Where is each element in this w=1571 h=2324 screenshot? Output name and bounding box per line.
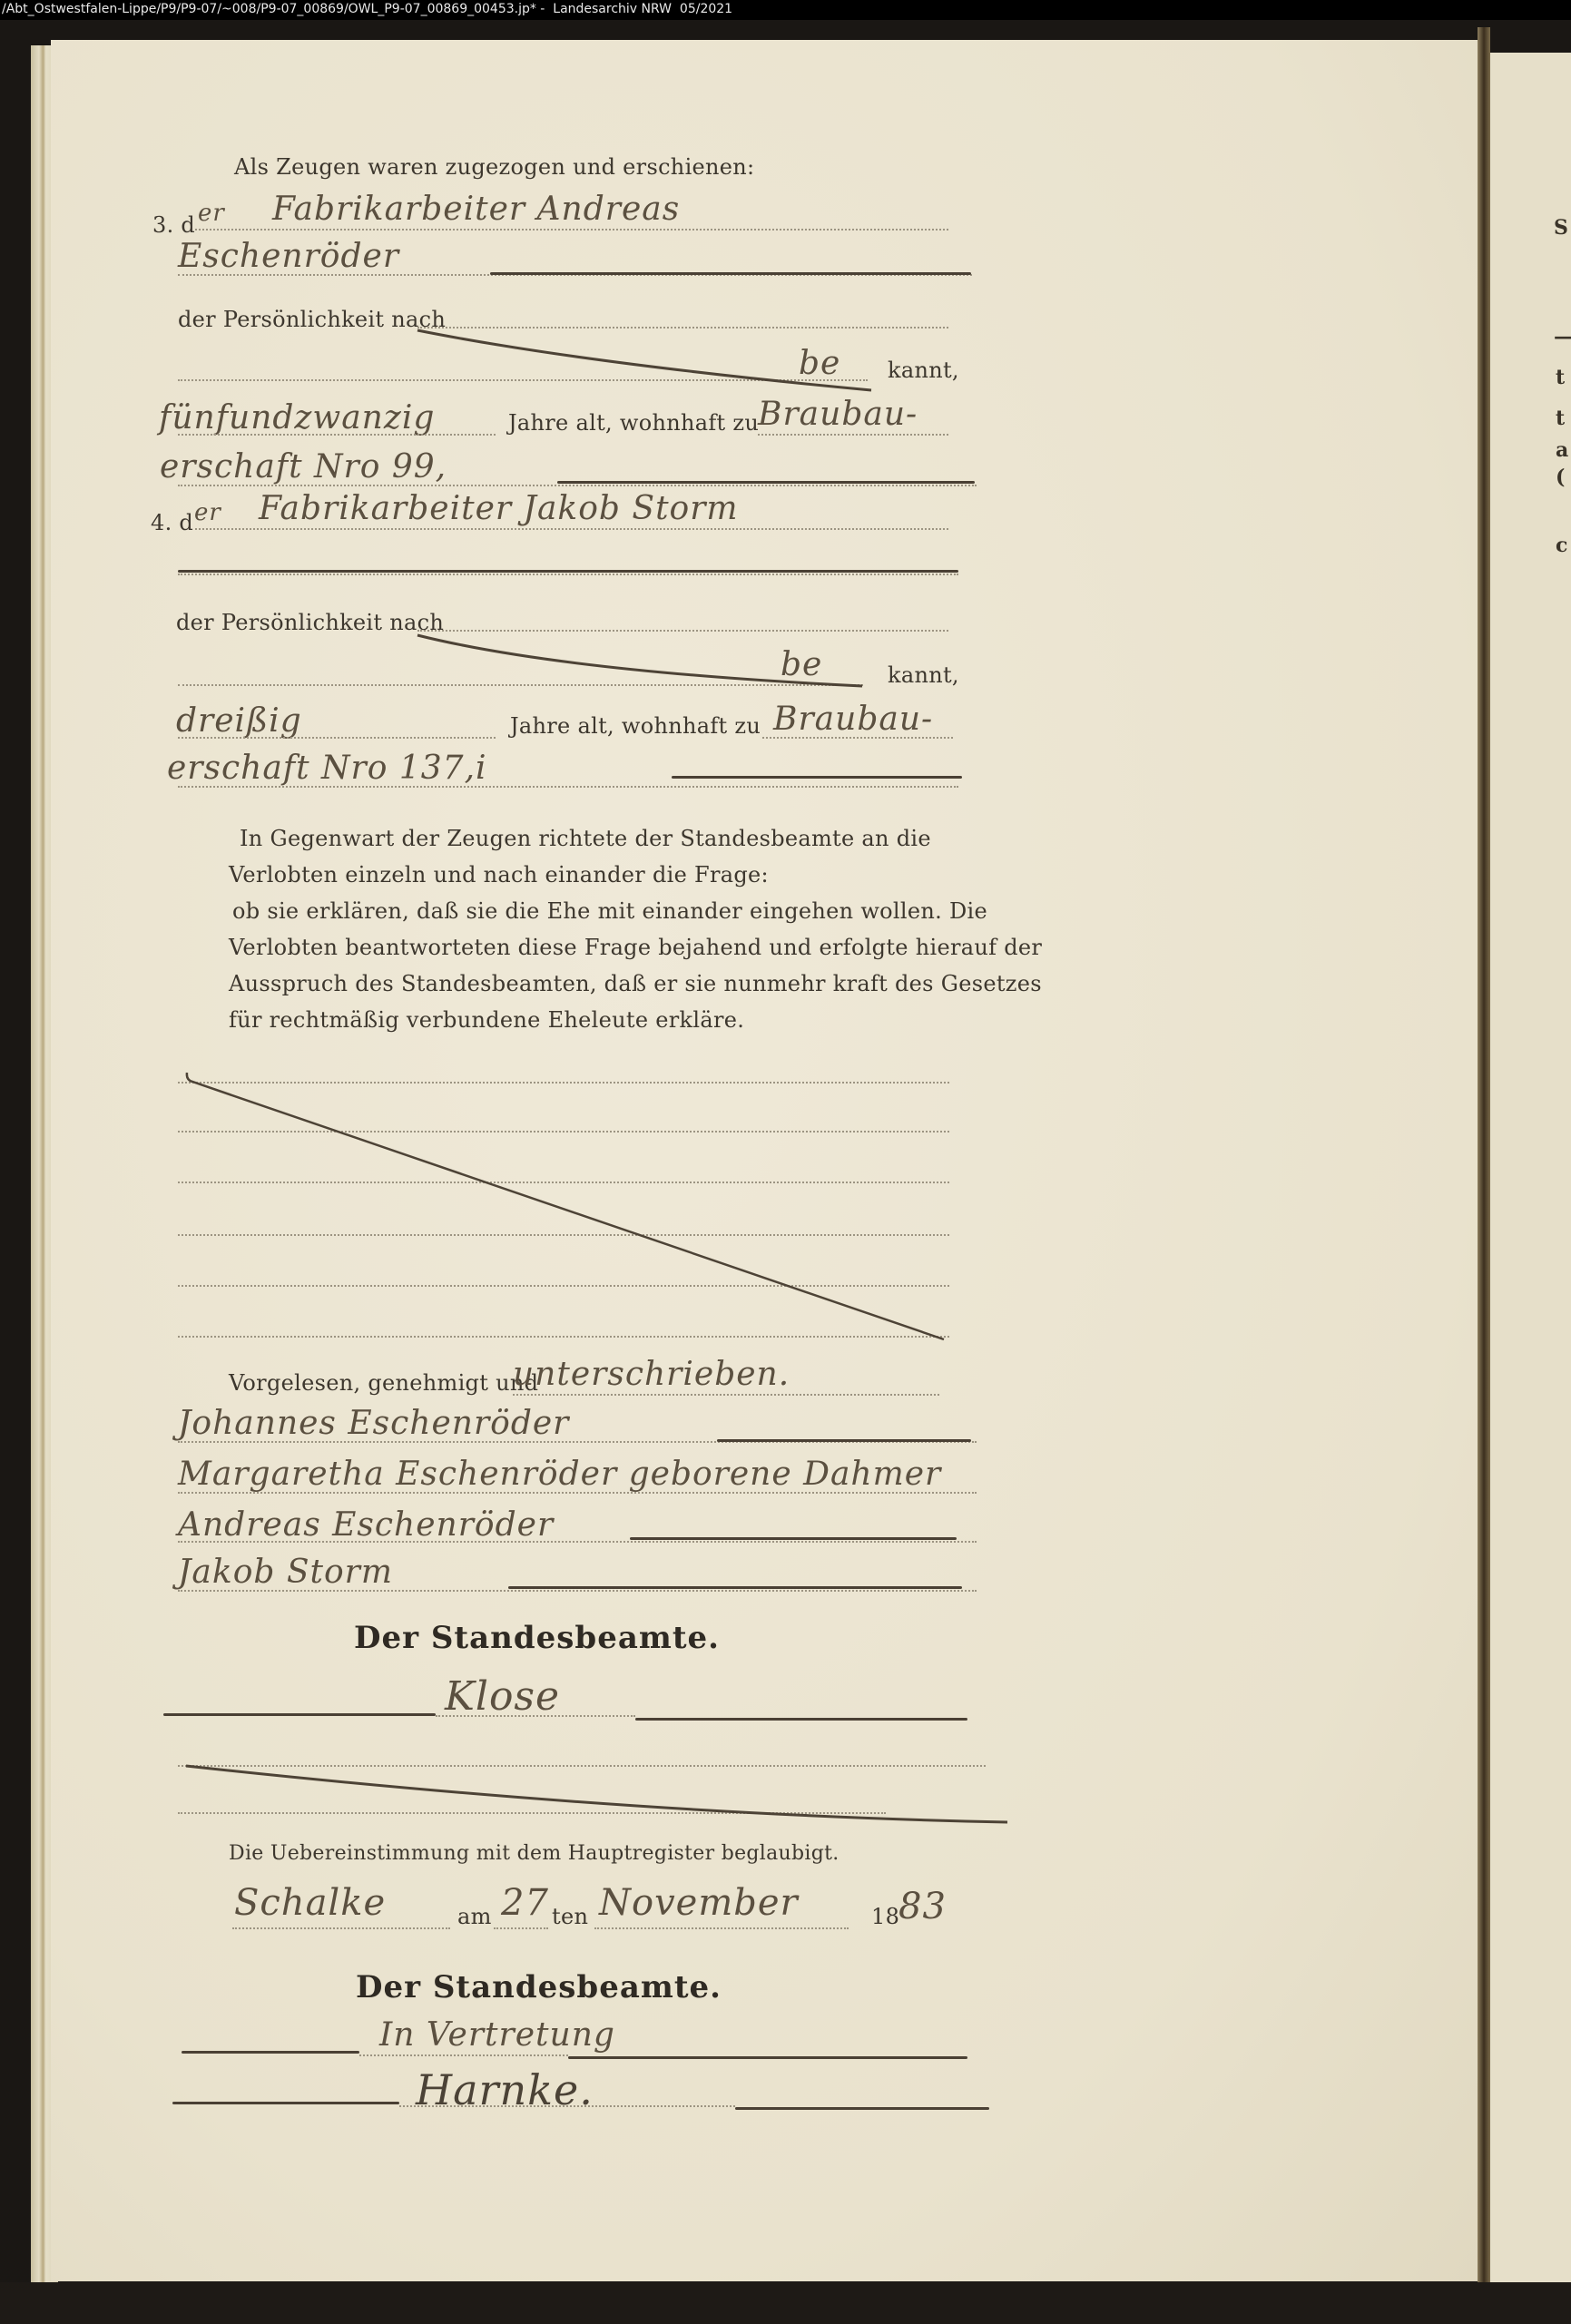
witness-3-number: 3. d bbox=[152, 212, 195, 238]
witness-3-known-suffix: kannt, bbox=[888, 358, 959, 383]
facing-page-fragment: c bbox=[1556, 534, 1567, 557]
witness-3-residence-1: Braubau- bbox=[758, 396, 918, 433]
witness-3-residence-2: erschaft Nro 99, bbox=[160, 448, 447, 485]
registrar-heading: Der Standesbeamte. bbox=[354, 1620, 720, 1656]
register-page bbox=[51, 40, 1487, 2281]
witness-4-age-label: Jahre alt, wohnhaft zu bbox=[510, 713, 761, 739]
fill-rule bbox=[635, 1718, 967, 1721]
dotted-rule bbox=[178, 1541, 977, 1543]
witness-3-personality-label: der Persönlichkeit nach bbox=[178, 307, 446, 332]
declaration-line: Ausspruch des Standesbeamten, daß er sie… bbox=[229, 971, 1042, 996]
facing-page-fragment: t bbox=[1556, 407, 1565, 430]
signature-groom: Johannes Eschenröder bbox=[178, 1405, 569, 1442]
dotted-rule bbox=[178, 737, 496, 739]
dotted-rule bbox=[178, 1131, 949, 1133]
dotted-rule bbox=[178, 1182, 949, 1183]
signature-bride: Margaretha Eschenröder geborene Dahmer bbox=[178, 1456, 941, 1493]
declaration-line: In Gegenwart der Zeugen richtete der Sta… bbox=[240, 826, 931, 851]
certification-year-printed: 18 bbox=[871, 1904, 899, 1929]
dotted-rule bbox=[232, 1927, 450, 1929]
witness-4-prefix: er bbox=[194, 499, 221, 526]
witness-3-prefix: er bbox=[198, 200, 225, 227]
dotted-rule bbox=[178, 684, 863, 686]
certification-month: November bbox=[599, 1882, 799, 1924]
scan-background-bottom bbox=[0, 2282, 1571, 2324]
facing-page-fragment: S bbox=[1554, 216, 1568, 240]
dotted-rule bbox=[178, 1082, 949, 1084]
fill-rule bbox=[735, 2107, 989, 2110]
read-approved-label: Vorgelesen, genehmigt und bbox=[229, 1370, 538, 1396]
dotted-rule bbox=[758, 434, 948, 436]
witness-4-known-hand: be bbox=[781, 646, 822, 683]
witness-3-line1: Fabrikarbeiter Andreas bbox=[272, 191, 680, 228]
book-gutter bbox=[1478, 27, 1490, 2314]
dotted-rule bbox=[178, 434, 496, 436]
fill-rule bbox=[557, 481, 975, 484]
declaration-line: Verlobten einzeln und nach einander die … bbox=[229, 862, 769, 887]
certification-place: Schalke bbox=[234, 1882, 386, 1924]
dotted-rule bbox=[594, 1927, 849, 1929]
dotted-rule bbox=[417, 327, 948, 328]
dotted-rule bbox=[178, 1336, 949, 1338]
facing-page-edge: S — t t a ( c bbox=[1490, 53, 1571, 2285]
certification-ten: ten bbox=[552, 1904, 588, 1929]
dotted-rule bbox=[178, 379, 868, 381]
dotted-rule bbox=[762, 737, 953, 739]
facing-page-fragment: a bbox=[1556, 438, 1568, 462]
dotted-rule bbox=[178, 1590, 977, 1592]
read-approved-hand: unterschrieben. bbox=[513, 1356, 790, 1393]
signature-witness-4: Jakob Storm bbox=[178, 1554, 393, 1591]
witness-3-age-label: Jahre alt, wohnhaft zu bbox=[508, 410, 759, 436]
witnesses-heading: Als Zeugen waren zugezogen und erschiene… bbox=[234, 154, 754, 180]
fill-rule bbox=[182, 2051, 359, 2054]
fill-rule bbox=[672, 776, 962, 779]
witness-4-line1: Fabrikarbeiter Jakob Storm bbox=[259, 490, 739, 527]
dotted-rule bbox=[195, 229, 948, 230]
dotted-rule bbox=[417, 630, 948, 632]
fill-rule bbox=[717, 1439, 971, 1442]
facing-page-fragment: — bbox=[1554, 325, 1571, 348]
certification-text: Die Uebereinstimmung mit dem Hauptregist… bbox=[229, 1842, 840, 1865]
dotted-rule bbox=[359, 2054, 568, 2056]
fill-rule bbox=[172, 2102, 399, 2104]
signature-witness-3: Andreas Eschenröder bbox=[178, 1506, 554, 1544]
dotted-rule bbox=[178, 1765, 986, 1767]
witness-4-residence-2: erschaft Nro 137,i bbox=[167, 750, 487, 787]
dotted-rule bbox=[399, 2105, 735, 2107]
facing-page-fragment: t bbox=[1556, 366, 1565, 389]
window-title: /Abt_Ostwestfalen-Lippe/P9/P9-07/~008/P9… bbox=[2, 2, 732, 16]
dotted-rule bbox=[494, 1927, 548, 1929]
certification-day: 27 bbox=[501, 1882, 549, 1924]
fill-rule bbox=[490, 272, 971, 275]
declaration-line: ob sie erklären, daß sie die Ehe mit ein… bbox=[232, 898, 987, 924]
dotted-rule bbox=[513, 1394, 939, 1396]
dotted-rule bbox=[178, 1812, 886, 1814]
witness-3-line2: Eschenröder bbox=[178, 238, 399, 275]
dotted-rule bbox=[178, 1492, 977, 1494]
fill-rule bbox=[163, 1713, 436, 1716]
fill-rule bbox=[630, 1537, 957, 1540]
deputy-label: In Vertretung bbox=[379, 2016, 615, 2054]
declaration-line: Verlobten beantworteten diese Frage beja… bbox=[229, 935, 1042, 960]
facing-page-fragment: ( bbox=[1556, 466, 1565, 489]
witness-3-age: fünfundzwanzig bbox=[159, 399, 435, 436]
witness-4-residence-1: Braubau- bbox=[773, 701, 933, 738]
witness-4-number: 4. d bbox=[151, 510, 193, 535]
witness-3-known-hand: be bbox=[799, 345, 840, 382]
witness-4-known-suffix: kannt, bbox=[888, 662, 959, 688]
certification-am: am bbox=[457, 1904, 492, 1929]
fill-rule bbox=[508, 1586, 962, 1589]
fill-rule bbox=[178, 570, 958, 573]
dotted-rule bbox=[436, 1715, 635, 1717]
witness-4-age: dreißig bbox=[176, 702, 302, 740]
dotted-rule bbox=[178, 1234, 949, 1236]
dotted-rule bbox=[178, 1285, 949, 1287]
fill-rule bbox=[568, 2056, 967, 2059]
window-title-bar: /Abt_Ostwestfalen-Lippe/P9/P9-07/~008/P9… bbox=[0, 0, 1571, 20]
dotted-rule bbox=[178, 574, 958, 575]
certification-year-hand: 83 bbox=[898, 1886, 947, 1927]
declaration-line: für rechtmäßig verbundene Eheleute erklä… bbox=[229, 1007, 744, 1033]
registrar-signature: Klose bbox=[445, 1673, 560, 1720]
dotted-rule bbox=[178, 786, 958, 788]
dotted-rule bbox=[195, 528, 948, 530]
witness-4-personality-label: der Persönlichkeit nach bbox=[176, 610, 444, 635]
dotted-rule bbox=[178, 485, 977, 486]
registrar-heading-2: Der Standesbeamte. bbox=[356, 1969, 722, 2005]
